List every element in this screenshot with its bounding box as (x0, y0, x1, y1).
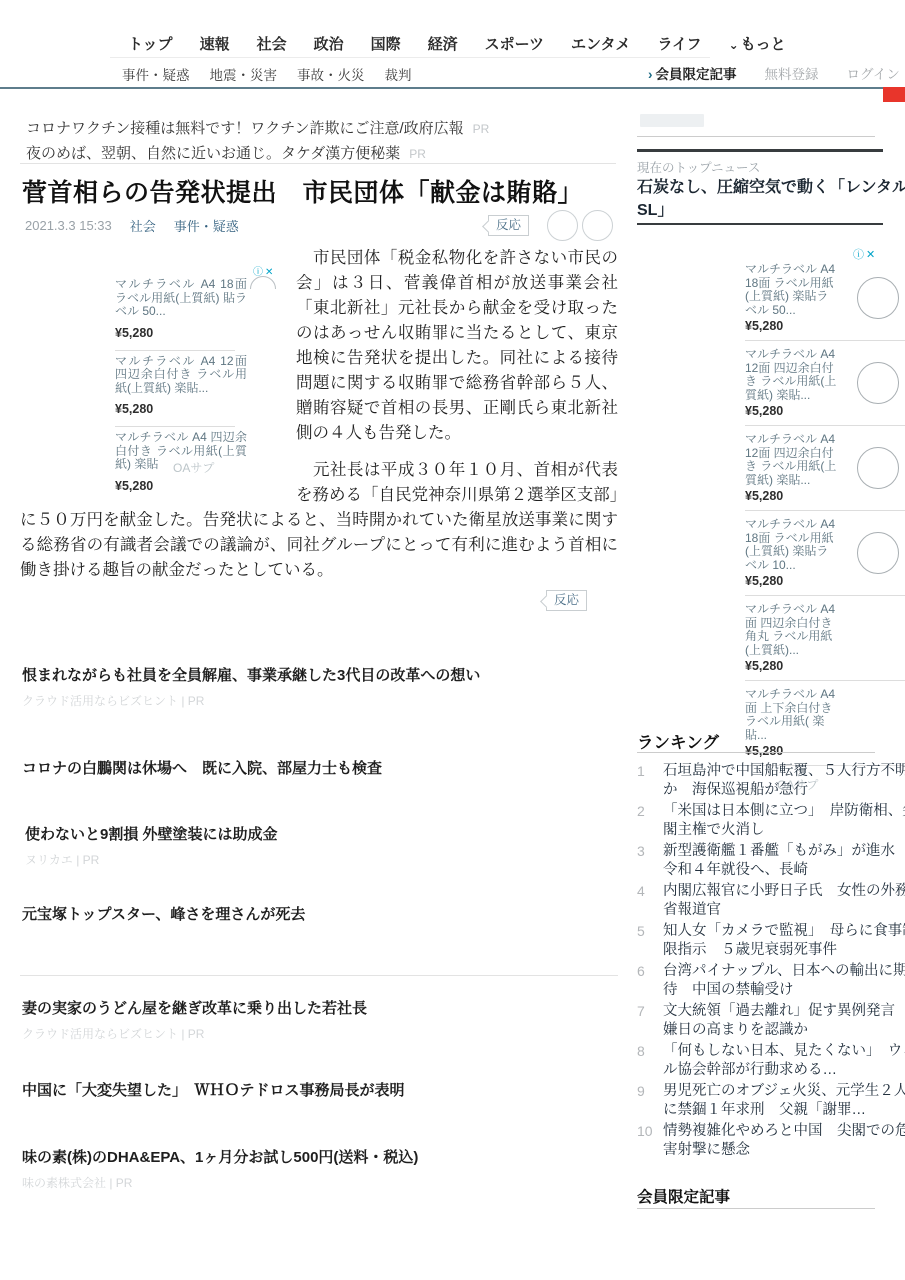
chevron-right-icon: › (648, 67, 653, 82)
login-link[interactable]: ログイン (847, 63, 900, 83)
headline-source: 味の素株式会社 | PR (22, 1174, 418, 1191)
subnav-earthquake[interactable]: 地震・災害 (210, 64, 278, 84)
pr-link[interactable]: コロナワクチン接種は無料です！ワクチン詐欺にご注意/政府広報PR (26, 117, 489, 138)
header-divider (0, 87, 905, 89)
product-image-circle (857, 277, 899, 319)
product-image-circle (857, 362, 899, 404)
divider (20, 975, 618, 976)
divider (637, 1208, 875, 1209)
ranking-item[interactable]: 8「何もしない日本、見たくない」 ウィル協会幹部が行動求める… (637, 1042, 905, 1080)
headline-source: クラウド活用ならビズヒント | PR (22, 692, 480, 709)
headline-item[interactable]: 妻の実家のうどん屋を継ぎ改革に乗り出した若社長 クラウド活用ならビズヒント | … (22, 997, 367, 1042)
ranking-list: 1石垣島沖で中国船転覆、５人行方不明か 海保巡視船が急行 2「米国は日本側に立つ… (637, 762, 905, 1162)
ranking-item[interactable]: 1石垣島沖で中国船転覆、５人行方不明か 海保巡視船が急行 (637, 762, 905, 800)
main-nav: トップ 速報 社会 政治 国際 経済 スポーツ エンタメ ライフ ⌄もっと (128, 33, 786, 54)
ranking-item[interactable]: 3新型護衛艦１番艦「もがみ」が進水 令和４年就役へ、長崎 (637, 842, 905, 880)
divider (20, 163, 616, 164)
nav-sports[interactable]: スポーツ (485, 33, 544, 54)
nav-more[interactable]: ⌄もっと (729, 33, 786, 54)
top-news-headline[interactable]: 石炭なし、圧縮空気で動く「レンタルSL」 (637, 176, 905, 222)
subnav-trials[interactable]: 裁判 (385, 64, 412, 84)
headline-item[interactable]: コロナの白鵬関は休場へ 既に入院、部屋力士も検査 (22, 757, 382, 778)
tag-society[interactable]: 社会 (130, 216, 156, 235)
page: トップ 速報 社会 政治 国際 経済 スポーツ エンタメ ライフ ⌄もっと 事件… (0, 0, 905, 1280)
ranking-item[interactable]: 4内閣広報官に小野日子氏 女性の外務省報道官 (637, 882, 905, 920)
pr-label: PR (473, 122, 490, 136)
ad-placeholder (640, 114, 704, 127)
headline-item[interactable]: 味の素(株)のDHA&EPA、1ヶ月分お試し500円(送料・税込) 味の素株式会… (22, 1146, 418, 1191)
ad-item[interactable]: マルチラベル A4 18面 ラベル用紙(上質紙) 貼ラベル 50... ¥5,2… (115, 278, 247, 346)
header-account-links: ›会員限定記事 無料登録 ログイン (648, 63, 900, 83)
rank-number: 10 (637, 1122, 663, 1160)
nav-economy[interactable]: 経済 (428, 33, 458, 54)
reaction-button[interactable]: 反応 (546, 590, 587, 611)
ad-price: ¥5,280 (745, 744, 840, 758)
headline-item[interactable]: 使わないと9割損 外壁塗装には助成金 ヌリカエ | PR (25, 823, 278, 868)
divider (115, 350, 235, 351)
ad-price: ¥5,280 (745, 404, 840, 418)
ad-advertiser[interactable]: OAサプ (173, 456, 214, 481)
ad-price: ¥5,280 (745, 489, 840, 503)
member-only-link[interactable]: ›会員限定記事 (648, 63, 737, 83)
rank-number: 9 (637, 1082, 663, 1120)
rank-number: 1 (637, 762, 663, 800)
pr-link[interactable]: 夜のめば、翌朝、自然に近いお通じ。タケダ漢方便秘薬PR (26, 142, 426, 163)
ad-item[interactable]: マルチラベル A4 面 四辺余白付き 角丸 ラベル用紙 (上質紙)...¥5,2… (745, 596, 905, 681)
ad-item[interactable]: マルチラベル A4 18面 ラベル用紙(上質紙) 楽貼ラベル 50...¥5,2… (745, 256, 905, 341)
ranking-item[interactable]: 2「米国は日本側に立つ」 岸防衛相、尖閣主権で火消し (637, 802, 905, 840)
register-link[interactable]: 無料登録 (765, 63, 819, 83)
headline-source: クラウド活用ならビズヒント | PR (22, 1025, 367, 1042)
reaction-button[interactable]: 反応 (488, 215, 529, 236)
headline-item[interactable]: 恨まれながらも社員を全員解雇、事業承継した3代目の改革への想い クラウド活用なら… (22, 664, 480, 709)
ad-price: ¥5,280 (115, 397, 247, 422)
chevron-down-icon: ⌄ (729, 38, 739, 52)
headline-item[interactable]: 中国に「大変失望した」 ＷＨＯテドロス事務局長が表明 (22, 1079, 405, 1100)
divider (637, 149, 883, 152)
product-image-circle (857, 532, 899, 574)
nav-life[interactable]: ライフ (657, 33, 701, 54)
product-image-circle (857, 447, 899, 489)
subnav-incidents[interactable]: 事件・疑惑 (122, 64, 190, 84)
nav-society[interactable]: 社会 (257, 33, 287, 54)
ad-item[interactable]: マルチラベル A4 面 上下余白付き ラベル用紙( 楽貼...¥5,280 (745, 681, 905, 766)
ad-price: ¥5,280 (745, 319, 840, 333)
headline-source: ヌリカエ | PR (25, 851, 278, 868)
ad-item[interactable]: マルチラベル A4 12面 四辺余白付き ラベル用紙(上質紙) 楽貼...¥5,… (745, 426, 905, 511)
sidebar-ad: マルチラベル A4 18面 ラベル用紙(上質紙) 楽貼ラベル 50...¥5,2… (745, 256, 905, 793)
article-body: ⓘ✕ マルチラベル A4 18面 ラベル用紙(上質紙) 貼ラベル 50... ¥… (20, 246, 618, 595)
nav-breaking[interactable]: 速報 (200, 33, 230, 54)
subnav-accidents[interactable]: 事故・火災 (297, 64, 365, 84)
nav-divider (110, 57, 710, 58)
ranking-title: ランキング (637, 729, 719, 753)
tag-incidents[interactable]: 事件・疑惑 (174, 216, 239, 235)
divider (115, 426, 235, 427)
ad-price: ¥5,280 (745, 574, 840, 588)
product-image-arc (250, 276, 278, 289)
notification-badge (883, 87, 905, 102)
ad-item[interactable]: マルチラベル A4 12面 四辺余白付き ラベル用紙(上質紙) 楽貼... ¥5… (115, 355, 247, 423)
rank-number: 6 (637, 962, 663, 1000)
nav-top[interactable]: トップ (128, 33, 173, 54)
share-button-1[interactable] (547, 210, 578, 241)
rank-number: 5 (637, 922, 663, 960)
ranking-item[interactable]: 6台湾パイナップル、日本への輸出に期待 中国の禁輸受け (637, 962, 905, 1000)
member-section-title: 会員限定記事 (637, 1185, 730, 1207)
ranking-item[interactable]: 10情勢複雑化やめろと中国 尖閣での危害射撃に懸念 (637, 1122, 905, 1160)
headline-item[interactable]: 元宝塚トップスター、峰さを理さんが死去 (22, 903, 305, 924)
ranking-item[interactable]: 5知人女「カメラで監視」 母らに食事制限指示 ５歳児衰弱死事件 (637, 922, 905, 960)
page-title: 菅首相らの告発状提出 市民団体「献金は賄賂」 (22, 173, 583, 209)
nav-politics[interactable]: 政治 (314, 33, 344, 54)
ranking-item[interactable]: 9男児死亡のオブジェ火災、元学生２人に禁錮１年求刑 父親「謝罪… (637, 1082, 905, 1120)
ranking-item[interactable]: 7文大統領「過去離れ」促す異例発言 嫌日の高まりを認識か (637, 1002, 905, 1040)
rank-number: 7 (637, 1002, 663, 1040)
divider (637, 136, 875, 137)
ad-item[interactable]: マルチラベル A4 12面 四辺余白付き ラベル用紙(上質紙) 楽貼...¥5,… (745, 341, 905, 426)
inline-ad[interactable]: ⓘ✕ マルチラベル A4 18面 ラベル用紙(上質紙) 貼ラベル 50... ¥… (20, 246, 282, 496)
nav-international[interactable]: 国際 (371, 33, 401, 54)
rank-number: 8 (637, 1042, 663, 1080)
share-button-2[interactable] (582, 210, 613, 241)
article-meta: 2021.3.3 15:33 社会 事件・疑惑 (25, 216, 239, 235)
sub-nav: 事件・疑惑 地震・災害 事故・火災 裁判 (122, 64, 412, 84)
divider (637, 752, 875, 753)
ad-price: ¥5,280 (745, 659, 840, 673)
top-news-label: 現在のトップニュース (637, 158, 760, 176)
rank-number: 3 (637, 842, 663, 880)
rank-number: 2 (637, 802, 663, 840)
pr-label: PR (409, 147, 426, 161)
divider (637, 223, 883, 225)
article-date: 2021.3.3 15:33 (25, 218, 112, 233)
rank-number: 4 (637, 882, 663, 920)
ad-price: ¥5,280 (115, 321, 247, 346)
ad-item[interactable]: マルチラベル A4 18面 ラベル用紙(上質紙) 楽貼ラベル 10...¥5,2… (745, 511, 905, 596)
nav-entertainment[interactable]: エンタメ (571, 33, 630, 54)
